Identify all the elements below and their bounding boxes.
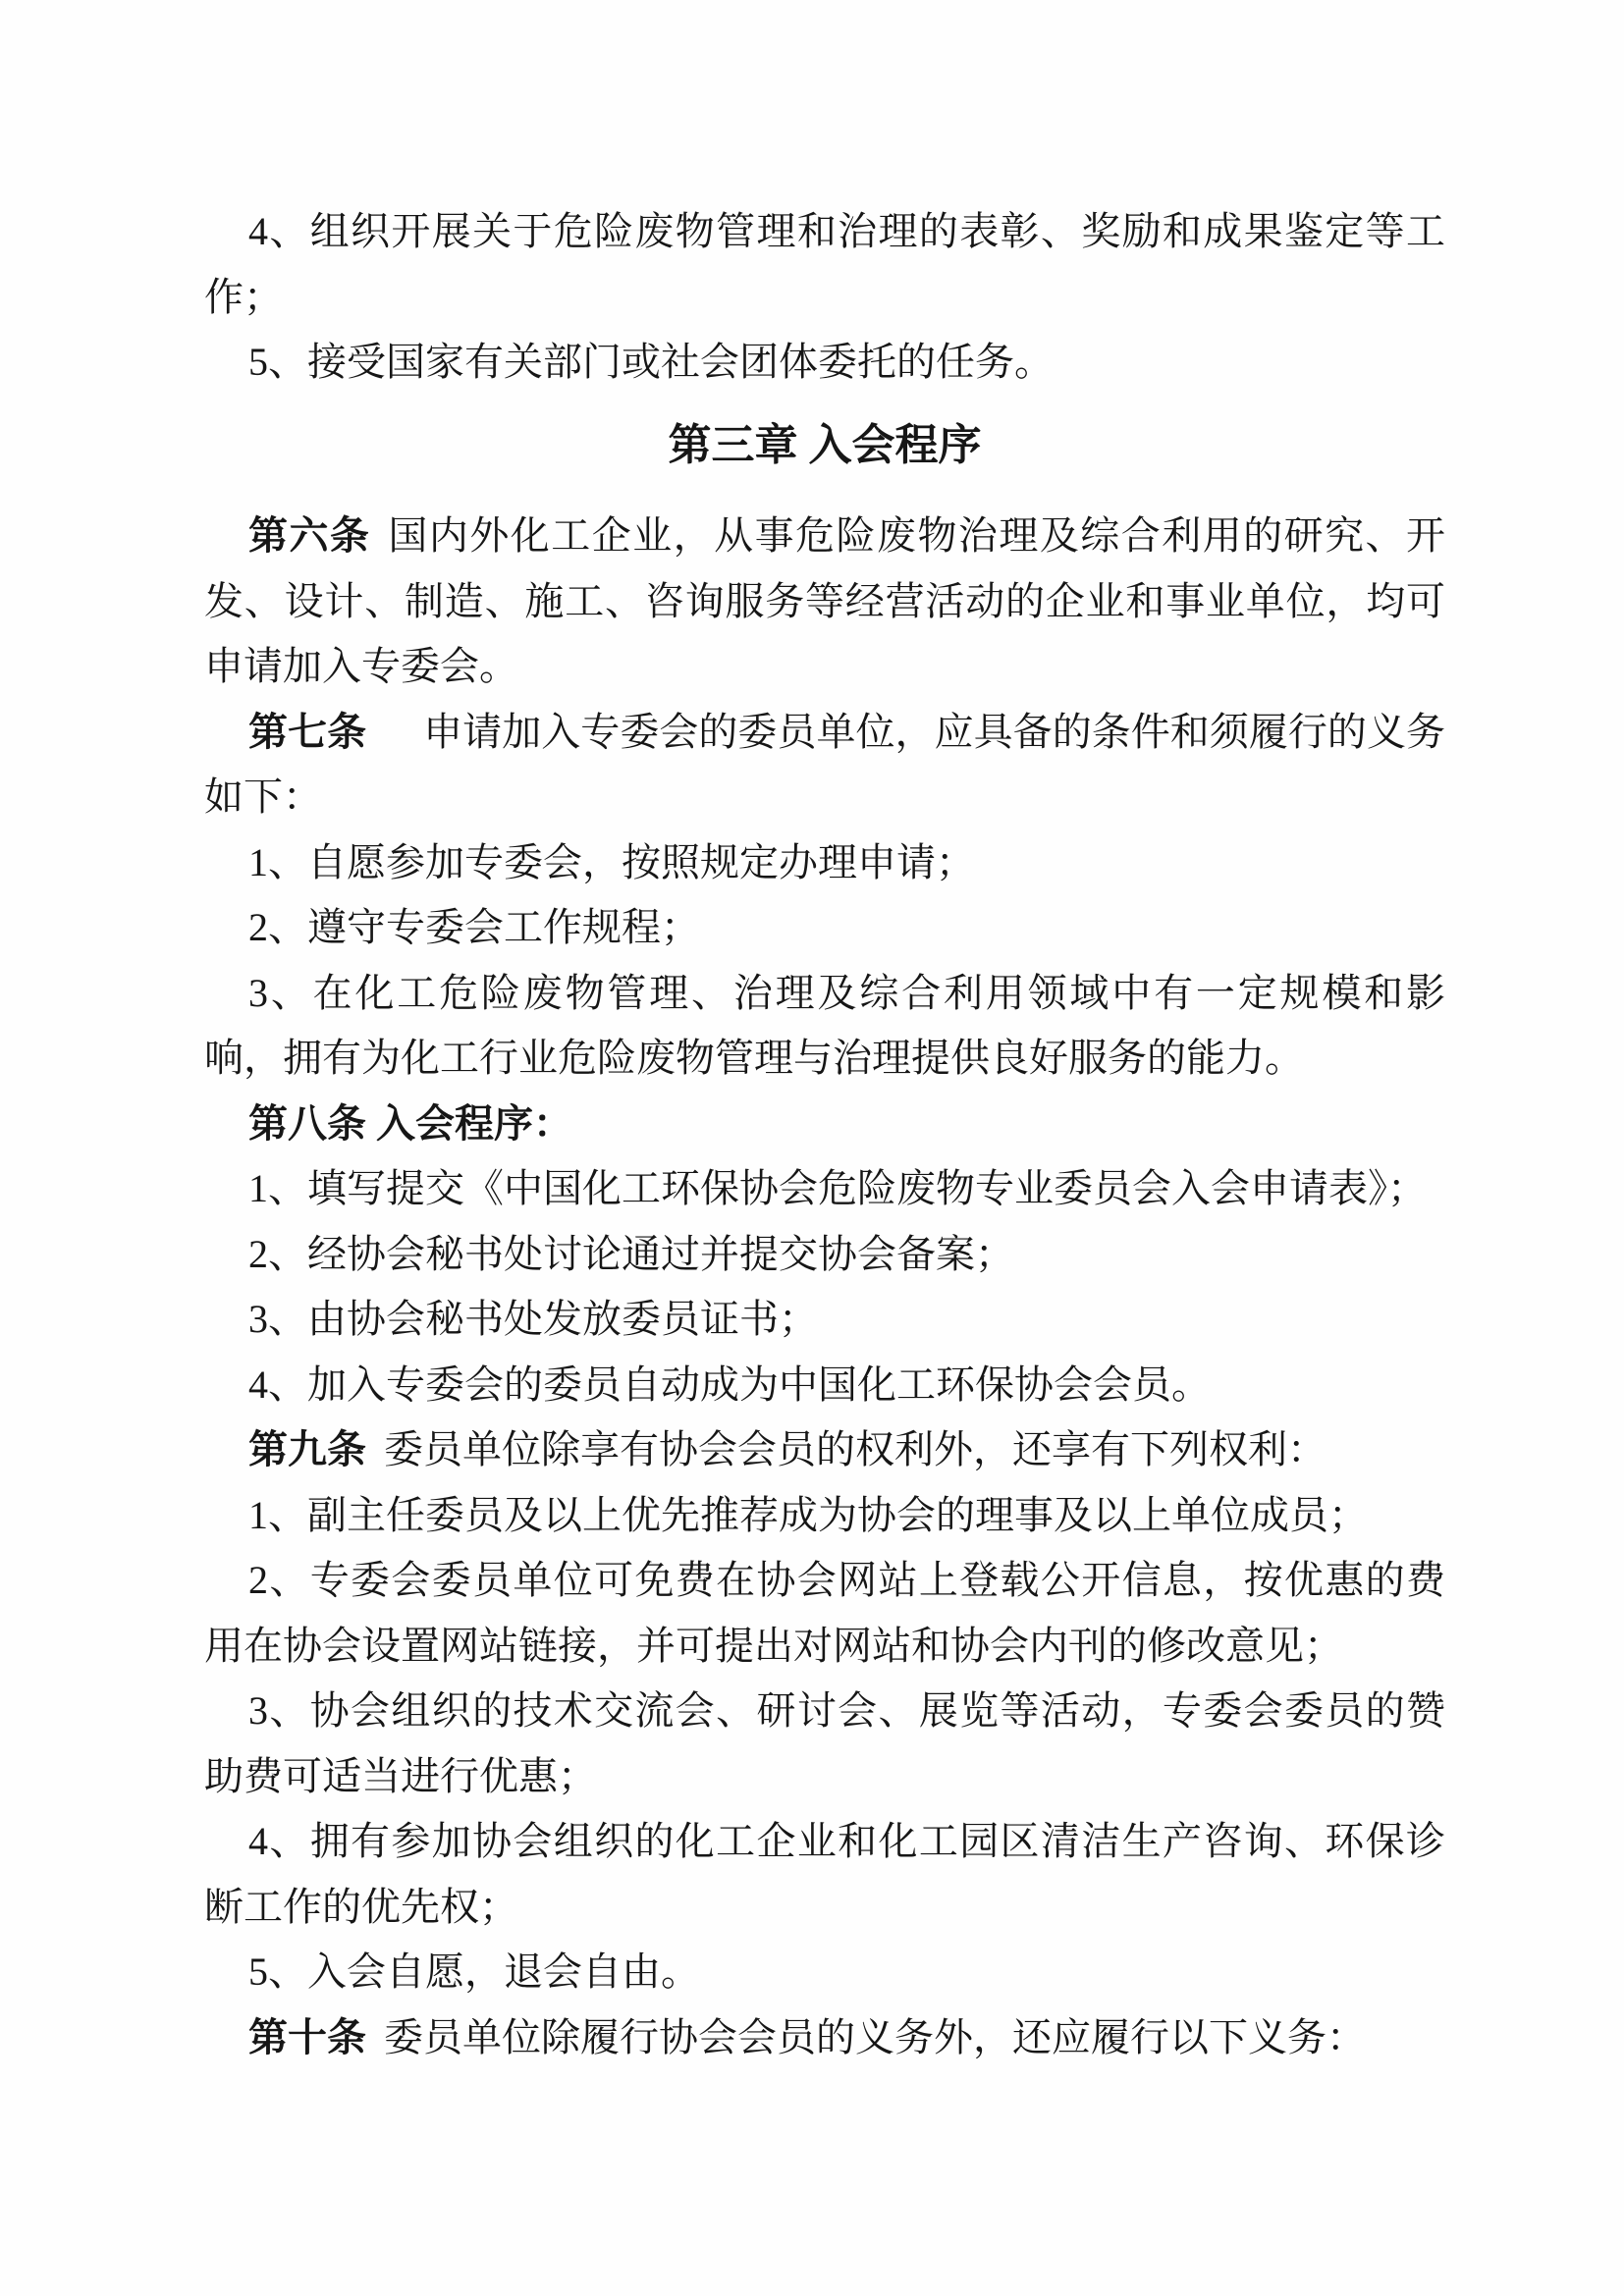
paragraph-text: 3、协会组织的技术交流会、研讨会、展览等活动，专委会委员的赞助费可适当进行优惠； <box>204 1688 1445 1798</box>
paragraph-text: 2、遵守专委会工作规程； <box>248 905 700 949</box>
paragraph: 第六条国内外化工企业，从事危险废物治理及综合利用的研究、开发、设计、制造、施工、… <box>204 504 1445 700</box>
paragraph-text: 1、填写提交《中国化工环保协会危险废物专业委员会入会申请表》； <box>248 1166 1427 1210</box>
paragraph: 4、拥有参加协会组织的化工企业和化工园区清洁生产咨询、环保诊断工作的优先权； <box>204 1809 1445 1940</box>
paragraph: 5、入会自愿，退会自由。 <box>204 1940 1445 2005</box>
paragraph-text: 3、在化工危险废物管理、治理及综合利用领域中有一定规模和影响，拥有为化工行业危险… <box>204 971 1445 1081</box>
paragraph-text: 5、入会自愿，退会自由。 <box>248 1949 700 1994</box>
article-label: 第十条 <box>248 2015 366 2059</box>
article-label: 第八条 入会程序： <box>248 1101 572 1146</box>
paragraph: 5、接受国家有关部门或社会团体委托的任务。 <box>204 330 1445 396</box>
paragraph-text: 5、接受国家有关部门或社会团体委托的任务。 <box>248 340 1054 384</box>
paragraph-text: 2、经协会秘书处讨论通过并提交协会备案； <box>248 1232 1014 1276</box>
paragraph-text: 委员单位除享有协会会员的权利外，还享有下列权利： <box>384 1427 1326 1471</box>
paragraph: 4、加入专委会的委员自动成为中国化工环保协会会员。 <box>204 1353 1445 1418</box>
paragraph: 1、副主任委员及以上优先推荐成为协会的理事及以上单位成员； <box>204 1483 1445 1549</box>
paragraph-text: 2、专委会委员单位可免费在协会网站上登载公开信息，按优惠的费用在协会设置网站链接… <box>204 1558 1445 1668</box>
paragraph-text: 1、自愿参加专委会，按照规定办理申请； <box>248 840 975 884</box>
paragraph-text: 4、拥有参加协会组织的化工企业和化工园区清洁生产咨询、环保诊断工作的优先权； <box>204 1819 1445 1929</box>
paragraph: 第七条 申请加入专委会的委员单位，应具备的条件和须履行的义务如下： <box>204 700 1445 830</box>
paragraph-text: 委员单位除履行协会会员的义务外，还应履行以下义务： <box>384 2015 1366 2059</box>
chapter-heading: 第三章 入会程序 <box>204 413 1445 479</box>
article-label: 第七条 <box>248 710 366 754</box>
paragraph: 1、填写提交《中国化工环保协会危险废物专业委员会入会申请表》； <box>204 1156 1445 1222</box>
paragraph: 第十条委员单位除履行协会会员的义务外，还应履行以下义务： <box>204 2005 1445 2071</box>
paragraph: 3、在化工危险废物管理、治理及综合利用领域中有一定规模和影响，拥有为化工行业危险… <box>204 961 1445 1092</box>
paragraph-text: 4、组织开展关于危险废物管理和治理的表彰、奖励和成果鉴定等工作； <box>204 209 1445 319</box>
paragraph-text: 1、副主任委员及以上优先推荐成为协会的理事及以上单位成员； <box>248 1493 1368 1537</box>
article-label: 第九条 <box>248 1427 366 1471</box>
paragraph: 2、经协会秘书处讨论通过并提交协会备案； <box>204 1222 1445 1288</box>
paragraph: 2、遵守专委会工作规程； <box>204 895 1445 961</box>
paragraph-text: 国内外化工企业，从事危险废物治理及综合利用的研究、开发、设计、制造、施工、咨询服… <box>204 513 1445 688</box>
paragraph-text: 4、加入专委会的委员自动成为中国化工环保协会会员。 <box>248 1362 1211 1407</box>
paragraph: 3、协会组织的技术交流会、研讨会、展览等活动，专委会委员的赞助费可适当进行优惠； <box>204 1679 1445 1809</box>
article-label: 第六条 <box>248 513 370 558</box>
paragraph: 第九条委员单位除享有协会会员的权利外，还享有下列权利： <box>204 1417 1445 1483</box>
paragraph-text: 申请加入专委会的委员单位，应具备的条件和须履行的义务如下： <box>204 710 1445 820</box>
paragraph: 2、专委会委员单位可免费在协会网站上登载公开信息，按优惠的费用在协会设置网站链接… <box>204 1548 1445 1679</box>
paragraph: 第八条 入会程序： <box>204 1092 1445 1157</box>
document-content: 4、组织开展关于危险废物管理和治理的表彰、奖励和成果鉴定等工作； 5、接受国家有… <box>204 199 1445 2070</box>
paragraph-text: 3、由协会秘书处发放委员证书； <box>248 1297 818 1341</box>
document-page: 4、组织开展关于危险废物管理和治理的表彰、奖励和成果鉴定等工作； 5、接受国家有… <box>0 0 1624 2296</box>
paragraph: 3、由协会秘书处发放委员证书； <box>204 1287 1445 1353</box>
paragraph: 4、组织开展关于危险废物管理和治理的表彰、奖励和成果鉴定等工作； <box>204 199 1445 330</box>
paragraph: 1、自愿参加专委会，按照规定办理申请； <box>204 830 1445 896</box>
